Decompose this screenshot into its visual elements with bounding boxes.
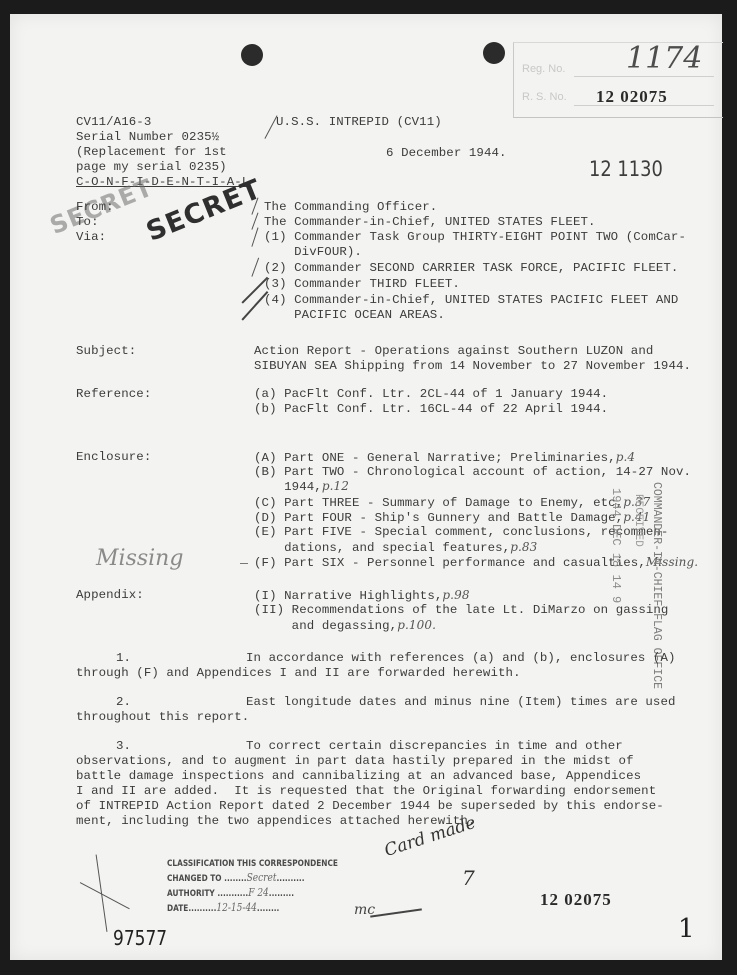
via-item-4: (4) Commander-in-Chief, UNITED STATES PA… — [264, 293, 678, 308]
appendix-item-2-cont: and degassing,p.100. — [254, 618, 436, 634]
appendix-item-2: (II) Recommendations of the late Lt. DiM… — [254, 603, 668, 618]
from-value: The Commanding Officer. — [264, 200, 437, 215]
appendix-label: Appendix: — [76, 588, 144, 603]
page-mark: 1 — [678, 914, 695, 944]
check-mark-icon — [251, 227, 258, 246]
received-time-stamp: 12 1130 — [589, 157, 663, 181]
paragraph-line: of INTREPID Action Report dated 2 Decemb… — [76, 799, 664, 814]
paragraph-number: 3. — [116, 739, 131, 754]
to-value: The Commander-in-Chief, UNITED STATES FL… — [264, 215, 596, 230]
subject-label: Subject: — [76, 344, 136, 359]
paragraph-line: battle damage inspections and cannibaliz… — [76, 769, 641, 784]
enclosure-item-e: (E) Part FIVE - Special comment, conclus… — [254, 525, 668, 540]
serial-number: Serial Number 0235½ — [76, 130, 219, 145]
document-page: Reg. No. R. S. No. 1174 12 02075 CV11/A1… — [10, 14, 722, 960]
enclosure-item-c: (C) Part THREE - Summary of Damage to En… — [254, 495, 650, 511]
from-label: From: — [76, 200, 114, 215]
paragraph-line: throughout this report. — [76, 710, 249, 725]
enclosure-label: Enclosure: — [76, 450, 151, 465]
classification-change-stamp: CLASSIFICATION THIS CORRESPONDENCE CHANG… — [167, 857, 338, 916]
received-stamp-date: 1944 DEC 18 14 9 — [610, 488, 622, 603]
rs-no-label: R. S. No. — [522, 91, 567, 103]
initials-note: 7 — [462, 866, 475, 890]
via-item-2: (2) Commander SECOND CARRIER TASK FORCE,… — [264, 261, 678, 276]
subject-line-2: SIBUYAN SEA Shipping from 14 November to… — [254, 359, 691, 374]
ship-name: U.S.S. INTREPID (CV11) — [276, 115, 442, 130]
paragraph-line: In accordance with references (a) and (b… — [246, 651, 676, 666]
rs-number-bottom: 12 02075 — [540, 890, 612, 910]
punch-hole-left — [241, 44, 263, 66]
letter-date: 6 December 1944. — [386, 146, 507, 161]
paragraph-line: East longitude dates and minus nine (Ite… — [246, 695, 676, 710]
enclosure-item-b: (B) Part TWO - Chronological account of … — [254, 465, 691, 480]
handwritten-underline — [370, 908, 422, 917]
replacement-note-line-2: page my serial 0235) — [76, 160, 227, 175]
reference-item-a: (a) PacFlt Conf. Ltr. 2CL-44 of 1 Januar… — [254, 387, 608, 402]
reg-no-label: Reg. No. — [522, 63, 565, 75]
via-label: Via: — [76, 230, 106, 245]
enclosure-item-b-cont: 1944,p.12 — [254, 479, 349, 495]
via-item-1: (1) Commander Task Group THIRTY-EIGHT PO… — [264, 230, 686, 245]
enclosure-item-a: (A) Part ONE - General Narrative; Prelim… — [254, 450, 635, 466]
registry-box: Reg. No. R. S. No. 1174 12 02075 — [513, 42, 723, 118]
reference-item-b: (b) PacFlt Conf. Ltr. 16CL-44 of 22 Apri… — [254, 402, 608, 417]
paragraph-line: observations, and to augment in part dat… — [76, 754, 634, 769]
to-label: To: — [76, 215, 99, 230]
missing-margin-note: Missing — [96, 546, 183, 571]
paragraph-number: 1. — [116, 651, 131, 666]
reference-label: Reference: — [76, 387, 151, 402]
enclosure-item-e-cont: dations, and special features,p.83 — [254, 540, 537, 556]
subject-line-1: Action Report - Operations against South… — [254, 344, 653, 359]
appendix-item-1: (I) Narrative Highlights,p.98 — [254, 588, 470, 604]
reg-number-handwritten: 1174 — [626, 41, 702, 76]
punch-hole-right — [483, 42, 505, 64]
authority-row: AUTHORITY ...........F 24......... — [167, 886, 338, 901]
paragraph-line: To correct certain discrepancies in time… — [246, 739, 623, 754]
via-item-3: (3) Commander THIRD FLEET. — [264, 277, 460, 292]
check-mark-icon — [251, 258, 259, 277]
dash-mark — [240, 563, 248, 564]
enclosure-item-f: (F) Part SIX - Personnel performance and… — [254, 555, 698, 571]
via-item-4-cont: PACIFIC OCEAN AREAS. — [264, 308, 445, 323]
received-stamp-status: RECEIVED — [632, 494, 644, 547]
paragraph-number: 2. — [116, 695, 131, 710]
rs-number: 12 02075 — [596, 87, 668, 107]
replacement-note-line-1: (Replacement for 1st — [76, 145, 227, 160]
paragraph-line: through (F) and Appendices I and II are … — [76, 666, 521, 681]
classification-title: CLASSIFICATION THIS CORRESPONDENCE — [167, 857, 338, 871]
via-item-1-cont: DivFOUR). — [264, 245, 362, 260]
file-code: CV11/A16-3 — [76, 115, 151, 130]
document-number: 97577 — [113, 926, 167, 950]
paragraph-line: ment, including the two appendices attac… — [76, 814, 475, 829]
enclosure-item-d: (D) Part FOUR - Ship's Gunnery and Battl… — [254, 510, 650, 526]
cross-mark-icon — [95, 855, 107, 932]
changed-to-row: CHANGED TO ........Secret.......... — [167, 871, 338, 886]
date-row: DATE..........12-15-44........ — [167, 901, 338, 916]
paragraph-line: I and II are added. It is requested that… — [76, 784, 656, 799]
cross-mark-icon — [80, 882, 130, 909]
